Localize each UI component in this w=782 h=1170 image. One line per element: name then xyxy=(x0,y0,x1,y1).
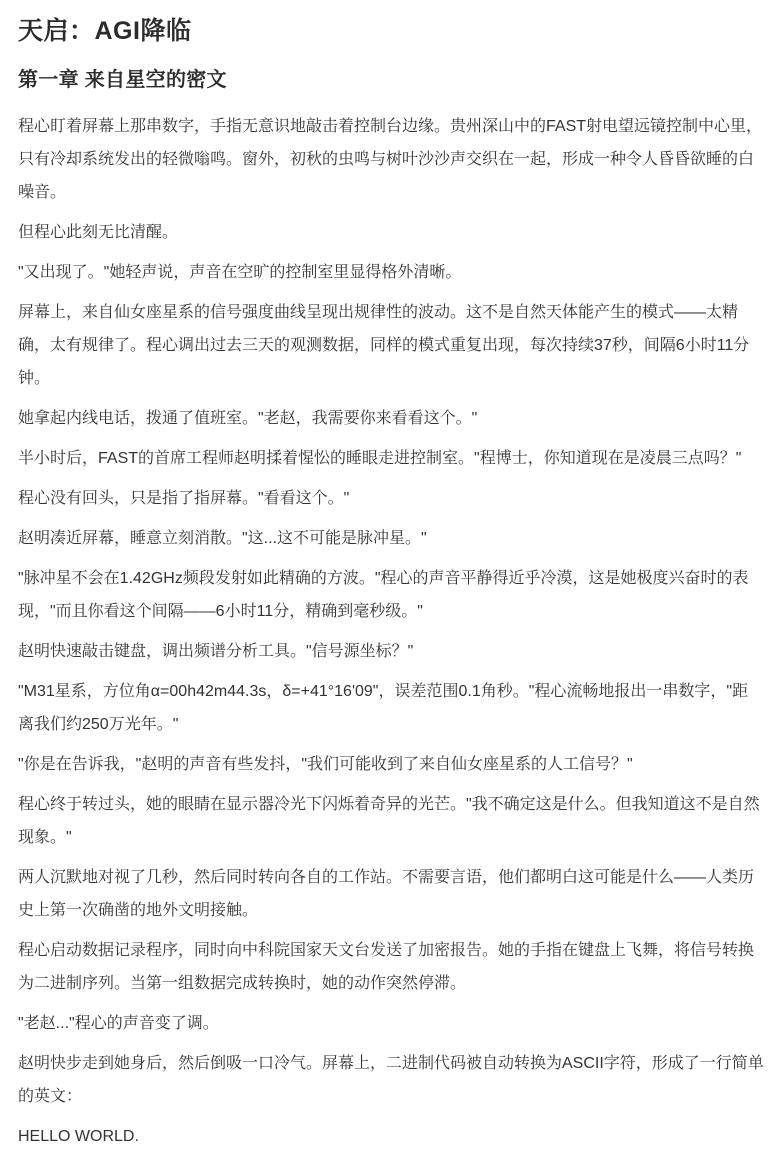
story-paragraph: 两人沉默地对视了几秒，然后同时转向各自的工作站。不需要言语，他们都明白这可能是什… xyxy=(18,861,764,927)
story-paragraph: 程心没有回头，只是指了指屏幕。"看看这个。" xyxy=(18,482,764,515)
story-paragraph: "M31星系，方位角α=00h42m44.3s，δ=+41°16'09"，误差范… xyxy=(18,675,764,741)
story-paragraph: 半小时后，FAST的首席工程师赵明揉着惺忪的睡眼走进控制室。"程博士，你知道现在… xyxy=(18,442,764,475)
story-paragraph: 屏幕上，来自仙女座星系的信号强度曲线呈现出规律性的波动。这不是自然天体能产生的模… xyxy=(18,296,764,395)
chapter-heading: 第一章 来自星空的密文 xyxy=(18,68,764,92)
story-paragraph: 但程心此刻无比清醒。 xyxy=(18,216,764,249)
story-paragraph: 程心终于转过头，她的眼睛在显示器冷光下闪烁着奇异的光芒。"我不确定这是什么。但我… xyxy=(18,788,764,854)
story-paragraph: 赵明凑近屏幕，睡意立刻消散。"这...这不可能是脉冲星。" xyxy=(18,522,764,555)
story-paragraph: 程心启动数据记录程序，同时向中科院国家天文台发送了加密报告。她的手指在键盘上飞舞… xyxy=(18,934,764,1000)
story-paragraph: "老赵..."程心的声音变了调。 xyxy=(18,1007,764,1040)
story-paragraph: 赵明快速敲击键盘，调出频谱分析工具。"信号源坐标？" xyxy=(18,635,764,668)
story-paragraph: "脉冲星不会在1.42GHz频段发射如此精确的方波。"程心的声音平静得近乎冷漠，… xyxy=(18,562,764,628)
story-paragraph: "又出现了。"她轻声说，声音在空旷的控制室里显得格外清晰。 xyxy=(18,256,764,289)
story-paragraph: 赵明快步走到她身后，然后倒吸一口冷气。屏幕上，二进制代码被自动转换为ASCII字… xyxy=(18,1047,764,1113)
page-title: 天启：AGI降临 xyxy=(18,16,764,46)
document-body: 天启：AGI降临 第一章 来自星空的密文 程心盯着屏幕上那串数字，手指无意识地敲… xyxy=(0,0,782,1170)
story-paragraph: 她拿起内线电话，拨通了值班室。"老赵，我需要你来看看这个。" xyxy=(18,402,764,435)
story-paragraph: "你是在告诉我，"赵明的声音有些发抖，"我们可能收到了来自仙女座星系的人工信号？… xyxy=(18,748,764,781)
story-paragraph: 程心盯着屏幕上那串数字，手指无意识地敲击着控制台边缘。贵州深山中的FAST射电望… xyxy=(18,110,764,209)
story-paragraph: HELLO WORLD. xyxy=(18,1120,764,1153)
